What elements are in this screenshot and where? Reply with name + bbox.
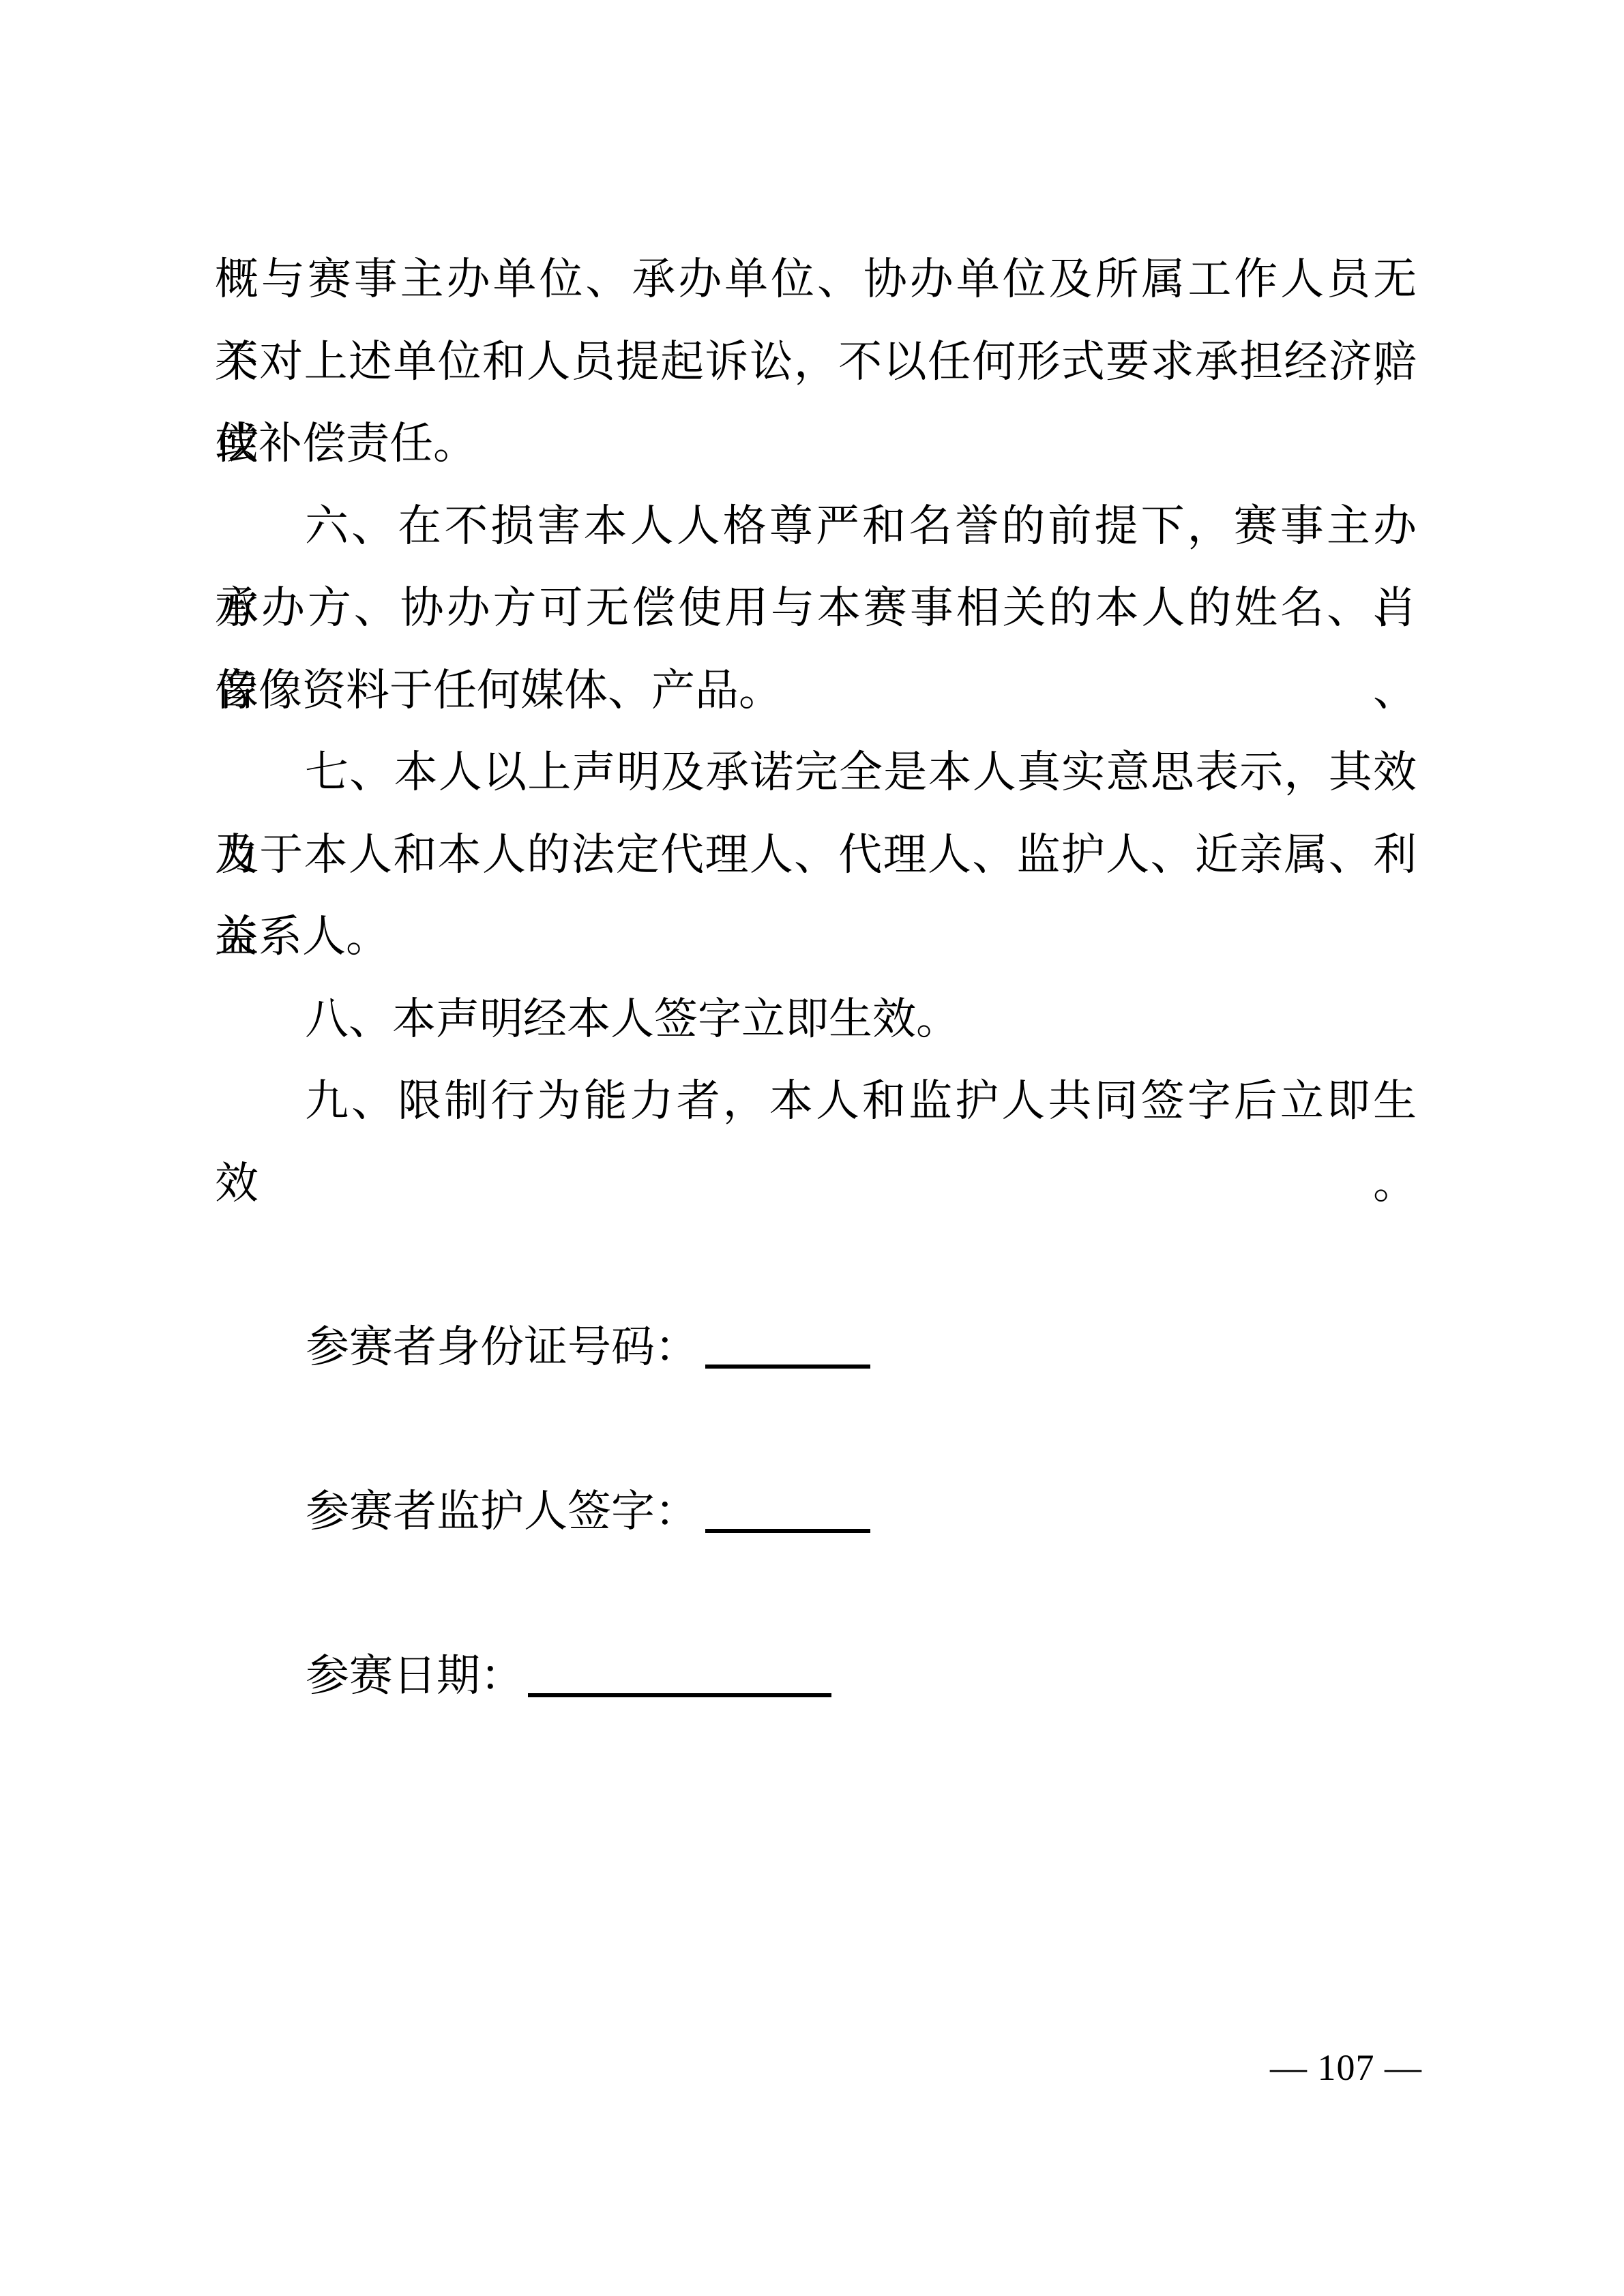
body-line-11: 九、限制行为能力者，本人和监护人共同签字后立即生效。 <box>215 1060 1417 1143</box>
page-number-footer: — 107 — <box>1270 2047 1422 2088</box>
signature-label-id-number: 参赛者身份证号码： <box>306 1323 698 1371</box>
signature-label-date: 参赛日期： <box>306 1652 524 1700</box>
body-line-1: 概与赛事主办单位、承办单位、协办单位及所属工作人员无关， <box>215 239 1417 321</box>
document-page: 概与赛事主办单位、承办单位、协办单位及所属工作人员无关， 不对上述单位和人员提起… <box>0 0 1624 2296</box>
blank-line-id-number <box>705 1330 870 1369</box>
declaration-body: 概与赛事主办单位、承办单位、协办单位及所属工作人员无关， 不对上述单位和人员提起… <box>215 239 1417 1143</box>
body-line-4: 六、在不损害本人人格尊严和名誉的前提下，赛事主办方、 <box>215 486 1417 568</box>
body-line-5: 承办方、协办方可无偿使用与本赛事相关的本人的姓名、肖像、 <box>215 567 1417 650</box>
signature-row-date: 参赛日期： <box>215 1635 1417 1718</box>
blank-line-guardian-signature <box>705 1495 870 1533</box>
body-line-7: 七、本人以上声明及承诺完全是本人真实意思表示，其效力 <box>215 732 1417 814</box>
signature-row-id-number: 参赛者身份证号码： <box>215 1307 1417 1389</box>
body-line-2: 不对上述单位和人员提起诉讼，不以任何形式要求承担经济赔偿 <box>215 321 1417 404</box>
signature-row-guardian-signature: 参赛者监护人签字： <box>215 1471 1417 1553</box>
body-line-3: 或补偿责任。 <box>215 403 1417 486</box>
body-line-8: 及于本人和本人的法定代理人、代理人、监护人、近亲属、利益 <box>215 814 1417 897</box>
blank-line-date <box>528 1659 831 1697</box>
body-line-9: 关系人。 <box>215 896 1417 979</box>
body-line-10: 八、本声明经本人签字立即生效。 <box>215 979 1417 1061</box>
signature-section: 参赛者身份证号码： 参赛者监护人签字： 参赛日期： <box>215 1307 1417 1718</box>
signature-label-guardian-signature: 参赛者监护人签字： <box>306 1487 698 1536</box>
